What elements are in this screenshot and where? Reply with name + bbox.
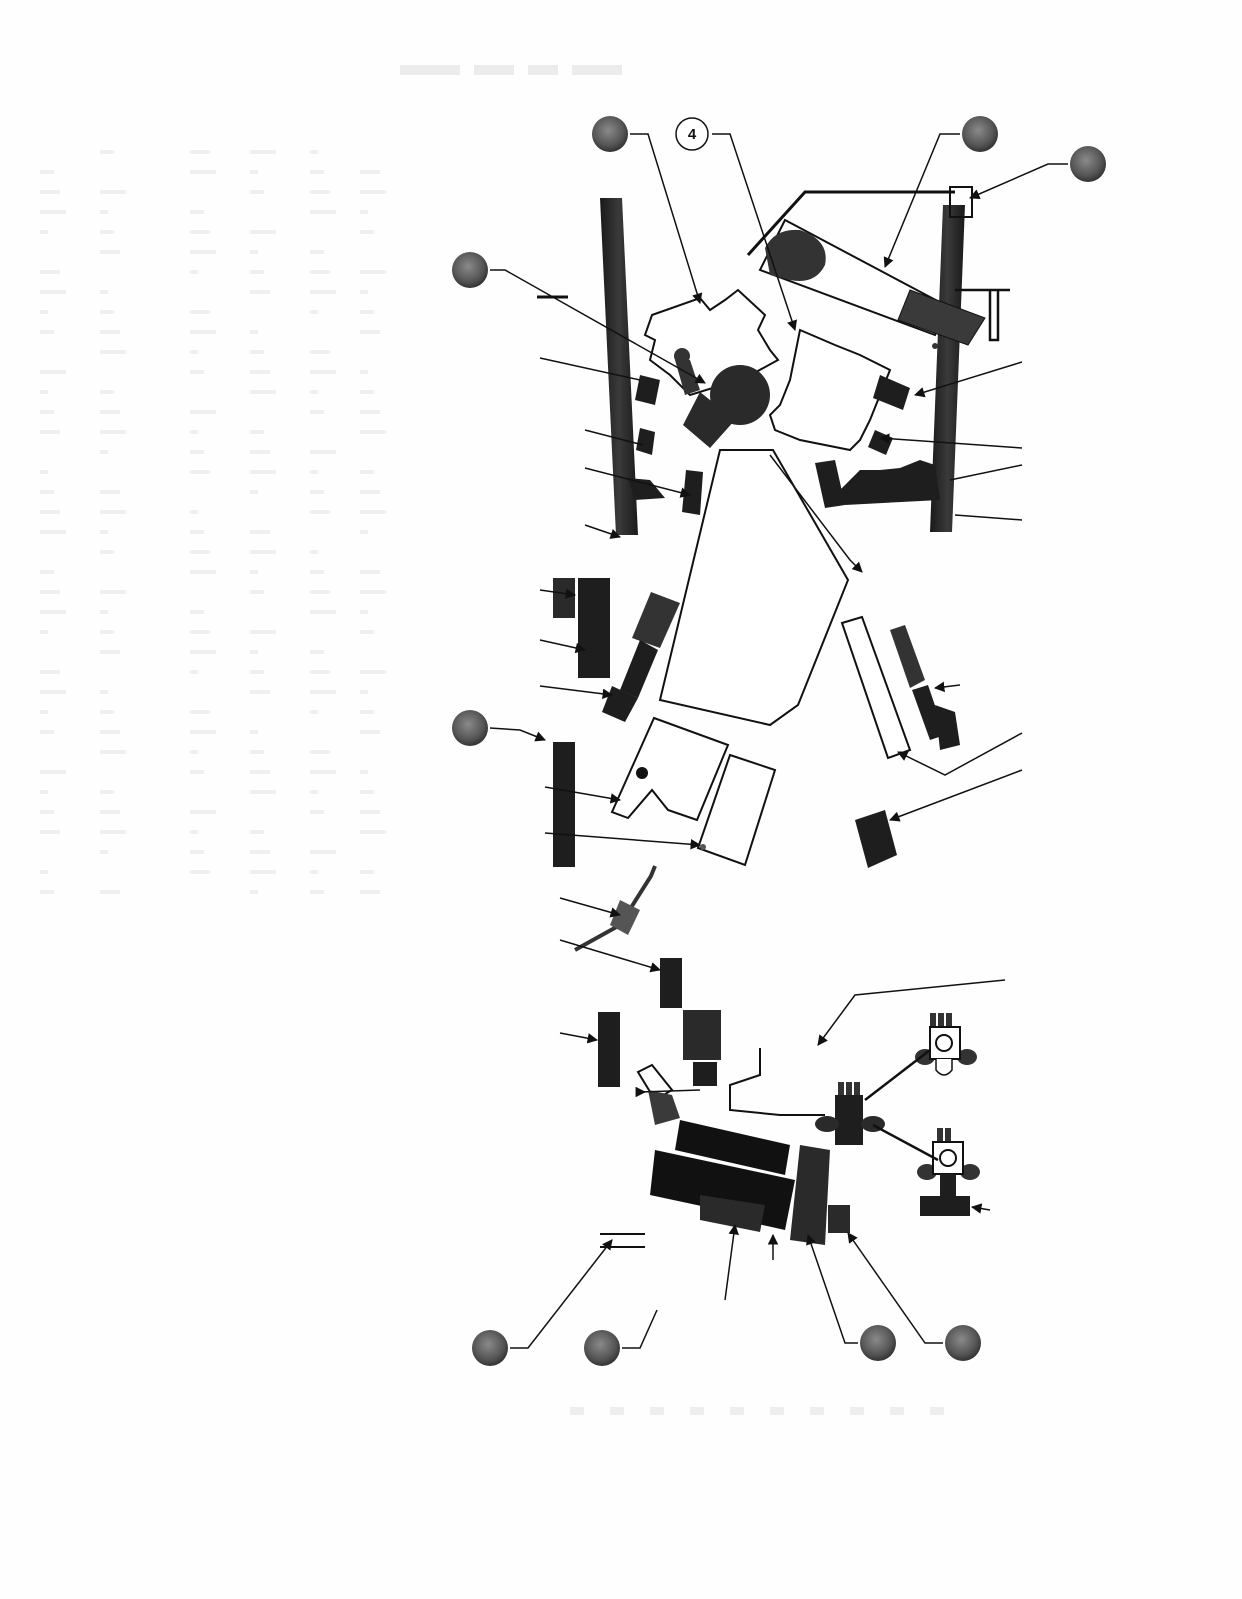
callout-c8 xyxy=(584,1330,620,1366)
callout-c5 xyxy=(452,252,488,288)
sensor-module-bottom xyxy=(917,1128,980,1216)
sensor-cables xyxy=(865,1050,938,1160)
lower-frame-wire xyxy=(730,1048,825,1115)
callout-c3 xyxy=(962,116,998,152)
lower-left-plates xyxy=(612,718,775,865)
lower-left-bracket xyxy=(575,866,655,950)
manual-page: 4 xyxy=(0,0,1242,1599)
callout-c9 xyxy=(860,1325,896,1361)
small-double-bar xyxy=(600,1234,645,1247)
callout-c7 xyxy=(472,1330,508,1366)
plate-pin-dot xyxy=(700,844,706,850)
callout-c1 xyxy=(592,116,628,152)
upper-left-blocks xyxy=(628,375,703,515)
callout-c6 xyxy=(452,710,488,746)
callout-c2: 4 xyxy=(676,118,708,150)
right-rail xyxy=(930,187,1010,532)
lower-main-assembly xyxy=(650,1120,850,1245)
lower-left-blocks xyxy=(598,958,721,1125)
callout-label: 4 xyxy=(688,126,697,143)
sensor-module-top xyxy=(915,1013,977,1075)
exploded-view-diagram: 4 xyxy=(0,0,1242,1599)
callout-c10 xyxy=(945,1325,981,1361)
callout-c4 xyxy=(1070,146,1106,182)
plate-hole-dot xyxy=(636,767,648,779)
upper-right-plate xyxy=(770,330,890,450)
